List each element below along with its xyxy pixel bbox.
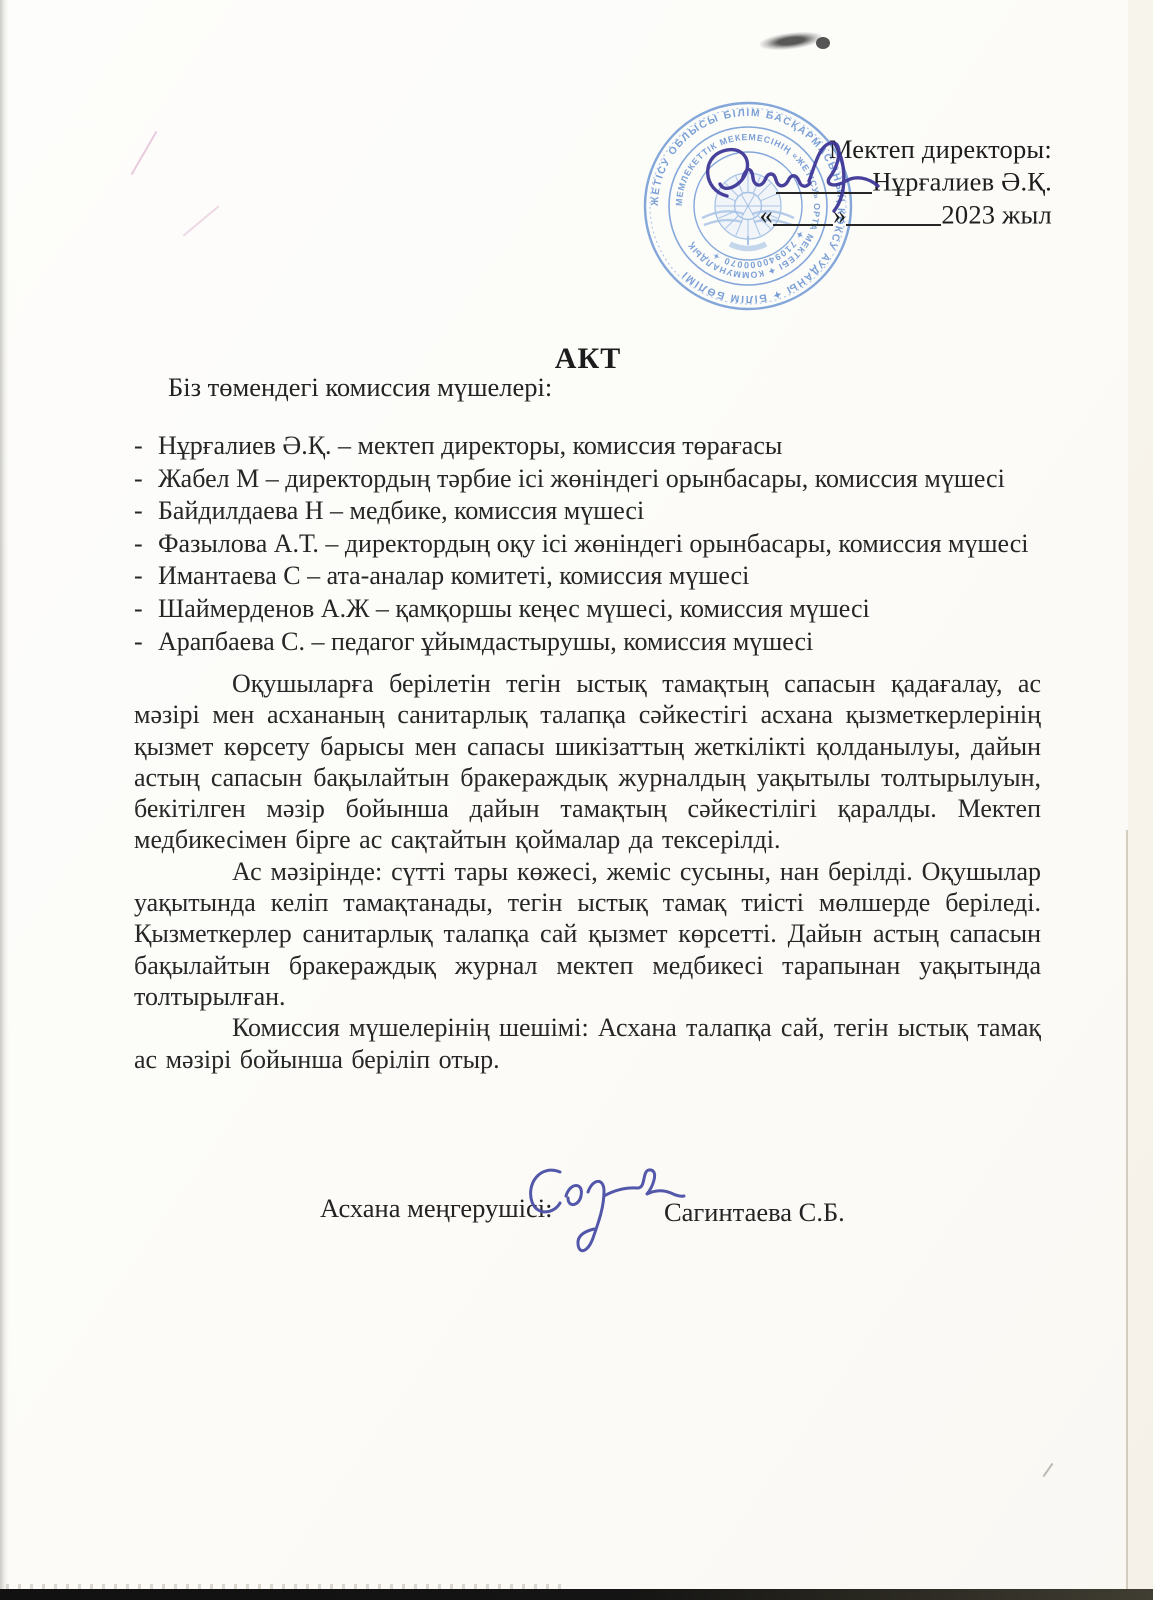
scan-edge-shadow: [0, 0, 9, 1600]
page-fold-line: [1126, 830, 1128, 1590]
pen-scratch-artifact: [131, 131, 158, 175]
bullet-dash: -: [134, 560, 158, 593]
director-handwritten-signature: [693, 136, 905, 220]
commission-member-row: - Нұрғалиев Ә.Қ. – мектеп директоры, ком…: [134, 430, 1064, 463]
intro-line: Біз төмендегі комиссия мүшелері:: [168, 372, 552, 403]
commission-member-row: - Байдилдаева Н – медбике, комиссия мүше…: [134, 495, 1064, 528]
bullet-dash: -: [134, 430, 158, 463]
commission-member-row: - Фазылова А.Т. – директордың оқу ісі жө…: [134, 528, 1064, 561]
commission-member-row: - Шаймерденов А.Ж – қамқоршы кеңес мүшес…: [134, 593, 1064, 626]
member-text: Нұрғалиев Ә.Қ. – мектеп директоры, комис…: [158, 430, 782, 463]
year-text: 2023 жыл: [941, 199, 1052, 229]
commission-member-row: - Арапбаева С. – педагог ұйымдастырушы, …: [134, 626, 1064, 659]
member-text: Имантаева С – ата-аналар комитеті, комис…: [158, 560, 749, 593]
body-paragraph: Оқушыларға берілетін тегін ыстық тамақты…: [134, 668, 1041, 856]
pen-scratch-artifact: [183, 205, 220, 236]
bullet-dash: -: [134, 495, 158, 528]
commission-member-row: - Имантаева С – ата-аналар комитеті, ком…: [134, 560, 1064, 593]
document-body: Оқушыларға берілетін тегін ыстық тамақты…: [134, 668, 1041, 1075]
member-text: Жабел М – директордың тәрбие ісі жөнінде…: [158, 463, 1005, 496]
member-text: Арапбаева С. – педагог ұйымдастырушы, ко…: [158, 626, 813, 659]
scan-edge-bar: [0, 1589, 1153, 1600]
manager-handwritten-signature: [514, 1150, 686, 1266]
bullet-dash: -: [134, 626, 158, 659]
member-text: Байдилдаева Н – медбике, комиссия мүшесі: [158, 495, 644, 528]
document-title: АКТ: [134, 342, 1042, 376]
body-paragraph: Комиссия мүшелерінің шешімі: Асхана тала…: [134, 1012, 1041, 1075]
ink-smudge-artifact: [816, 37, 830, 49]
member-text: Фазылова А.Т. – директордың оқу ісі жөні…: [158, 528, 1028, 561]
bullet-dash: -: [134, 593, 158, 626]
page-fold-tint: [1128, 0, 1153, 1600]
bullet-dash: -: [134, 463, 158, 496]
member-text: Шаймерденов А.Ж – қамқоршы кеңес мүшесі,…: [158, 593, 870, 626]
scanned-act-document: ЖЕТІСУ ОБЛЫСЫ БІЛІМ БАСҚАРМАСЫНЫҢ КӨКСУ …: [0, 0, 1153, 1600]
bullet-dash: -: [134, 528, 158, 561]
commission-member-row: - Жабел М – директордың тәрбие ісі жөнін…: [134, 463, 1064, 496]
manager-name: Сагинтаева С.Б.: [664, 1197, 845, 1228]
ink-smudge-artifact: [759, 29, 822, 52]
commission-members-list: - Нұрғалиев Ә.Қ. – мектеп директоры, ком…: [134, 430, 1064, 658]
body-paragraph: Ас мәзірінде: сүтті тары көжесі, жеміс с…: [134, 856, 1041, 1012]
pen-scratch-artifact: [1043, 1463, 1054, 1477]
